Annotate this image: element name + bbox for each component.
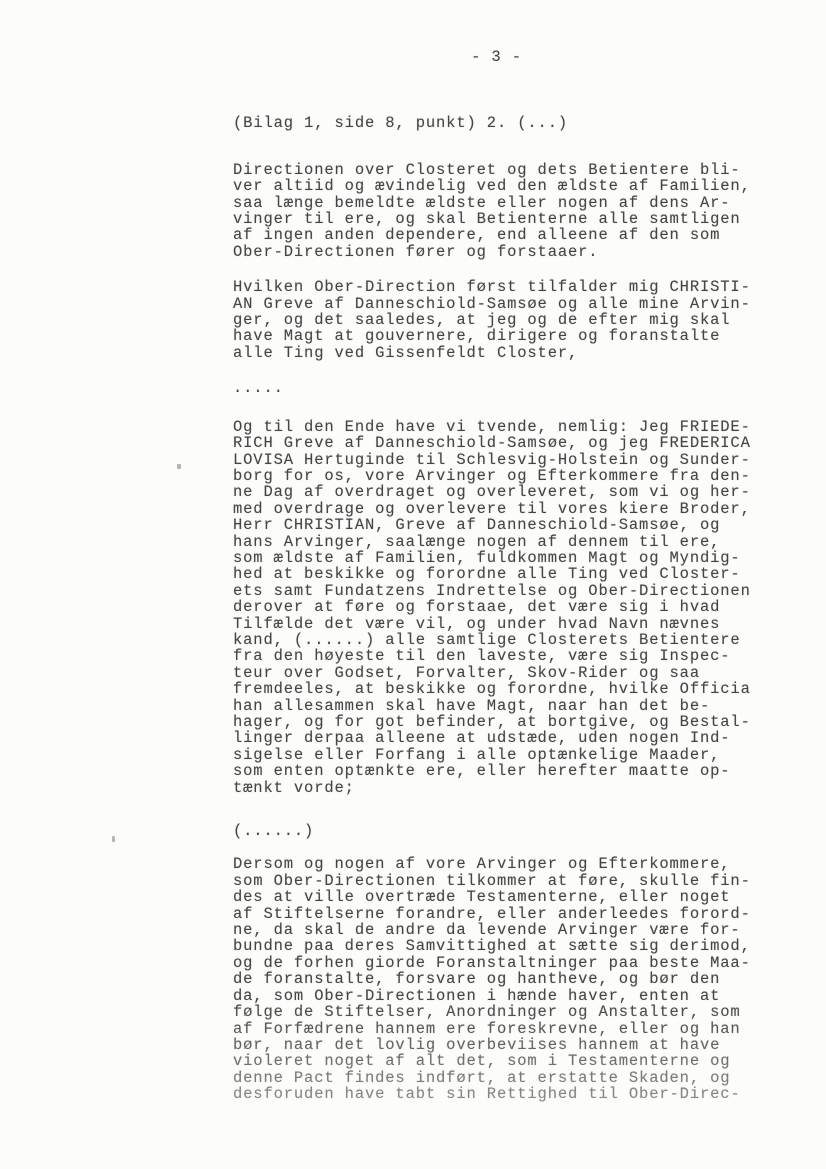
paragraph: Hvilken Ober-Direction først tilfalder m…	[233, 279, 760, 361]
ellipsis-separator: .....	[233, 380, 760, 396]
paragraph: Directionen over Closteret og dets Betie…	[233, 162, 760, 260]
page-number: - 3 -	[233, 49, 760, 65]
typewritten-text-column: - 3 - (Bilag 1, side 8, punkt) 2. (...) …	[233, 49, 760, 1103]
reference-line: (Bilag 1, side 8, punkt) 2. (...)	[233, 115, 760, 131]
paragraph: Og til den Ende have vi tvende, nemlig: …	[233, 419, 760, 796]
ellipsis-separator-bracketed: (......)	[233, 823, 760, 839]
paragraph: Dersom og nogen af vore Arvinger og Efte…	[233, 856, 760, 1102]
scan-artifact-speck	[112, 836, 115, 842]
scanned-document-page: - 3 - (Bilag 1, side 8, punkt) 2. (...) …	[0, 0, 826, 1169]
scan-artifact-speck	[177, 464, 181, 469]
